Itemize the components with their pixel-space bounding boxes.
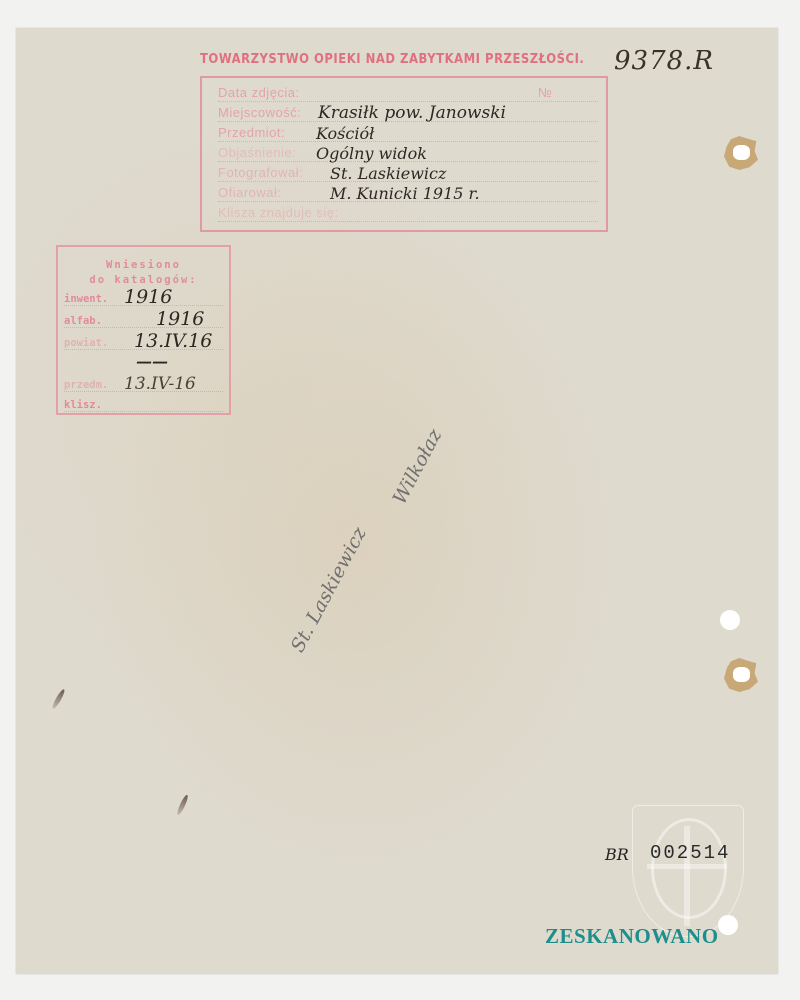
field-donor: Ofiarował: M. Kunicki 1915 r.	[218, 182, 598, 202]
catalog-field-district: powiat. 13.IV.16	[64, 333, 223, 350]
field-value: M. Kunicki 1915 r.	[330, 184, 480, 203]
photo-info-stamp: Data zdjęcia: № Miejscowość: Krasiłk pow…	[200, 76, 608, 232]
field-value: 13.IV-16	[124, 374, 196, 394]
field-label: Klisza znajduje się:	[218, 205, 339, 220]
catalog-field-divider: ——	[64, 351, 223, 367]
field-label: Ofiarował:	[218, 185, 282, 200]
field-value: Ogólny widok	[316, 144, 427, 163]
catalog-field-alphabetic: alfab. 1916	[64, 311, 223, 328]
inventory-number: 002514	[650, 842, 730, 864]
catalog-entry-stamp: Wniesiono do katalogów: inwent. 1916 alf…	[56, 245, 231, 415]
scanned-stamp: ZESKANOWANO	[545, 924, 719, 949]
field-label: inwent.	[64, 293, 108, 305]
ink-smudge	[176, 794, 190, 816]
field-value: Krasiłk pow. Janowski	[318, 103, 506, 123]
field-label: alfab.	[64, 315, 102, 327]
photographer-city-stamp: Wilkołaz	[389, 425, 447, 508]
society-stamp-title: TOWARZYSTWO OPIEKI NAD ZABYTKAMI PRZESZŁ…	[200, 51, 584, 67]
library-watermark-logo	[632, 805, 744, 937]
field-subject: Przedmiot: Kościół	[218, 122, 598, 142]
torn-hole	[724, 658, 758, 692]
punch-hole	[720, 610, 740, 630]
field-negative-location: Klisza znajduje się:	[218, 202, 598, 222]
catalog-field-inventory: inwent. 1916	[64, 289, 223, 306]
catalog-number: 9378.R	[614, 46, 714, 76]
catalog-stamp-heading: Wniesiono	[58, 259, 229, 271]
field-value: 1916	[156, 308, 204, 330]
field-label: Fotografował:	[218, 165, 303, 180]
field-label: powiat.	[64, 337, 108, 349]
field-label: Przedmiot:	[218, 125, 285, 140]
field-photographer: Fotografował: St. Laskiewicz	[218, 162, 598, 182]
field-value: St. Laskiewicz	[330, 164, 446, 183]
field-label: Objaśnienie:	[218, 145, 296, 160]
field-value: ——	[136, 352, 168, 371]
number-label: №	[538, 85, 552, 100]
field-label: Miejscowość:	[218, 105, 301, 120]
photographer-name-stamp: St. Laskiewicz	[287, 524, 371, 656]
field-place: Miejscowość: Krasiłk pow. Janowski	[218, 102, 598, 122]
field-value: 1916	[124, 286, 172, 308]
inventory-prefix: BR	[605, 845, 629, 864]
catalog-stamp-heading: do katalogów:	[58, 274, 229, 286]
catalog-field-negative: klisz.	[64, 395, 223, 412]
field-date: Data zdjęcia: №	[218, 82, 598, 102]
field-label: klisz.	[64, 399, 102, 411]
field-label: przedm.	[64, 379, 108, 391]
ink-smudge	[51, 688, 66, 710]
archival-card-back: TOWARZYSTWO OPIEKI NAD ZABYTKAMI PRZESZŁ…	[16, 28, 778, 974]
field-value: Kościół	[316, 124, 374, 143]
field-description: Objaśnienie: Ogólny widok	[218, 142, 598, 162]
catalog-field-subject: przedm. 13.IV-16	[64, 375, 223, 392]
field-value: 13.IV.16	[134, 330, 212, 352]
field-label: Data zdjęcia:	[218, 85, 300, 100]
torn-hole	[724, 136, 758, 170]
